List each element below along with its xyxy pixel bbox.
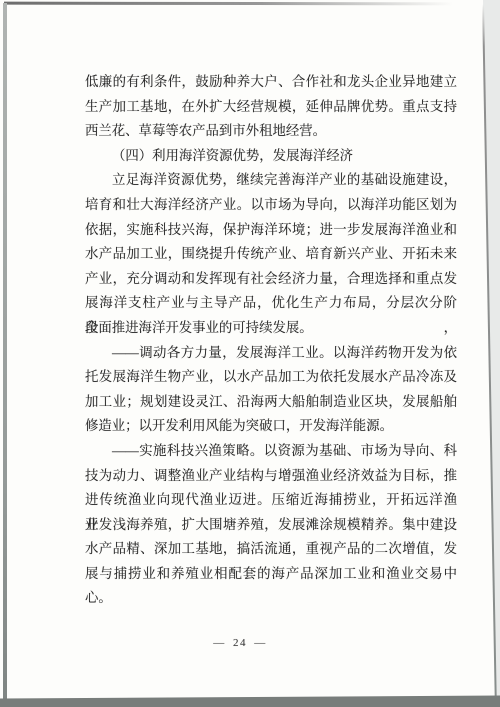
scan-edge-left xyxy=(3,3,7,699)
text-line: ——实施科技兴渔策略。以资源为基础、市场为导向、科 xyxy=(85,439,457,464)
text-line: 低廉的有利条件，鼓励种养大户、合作社和龙头企业异地建立 xyxy=(85,70,457,95)
text-line: （四）利用海洋资源优势，发展海洋经济 xyxy=(85,144,457,169)
text-line: 展与捕捞业和养殖业相配套的海产品深加工业和渔业交易中 xyxy=(85,562,457,587)
page-number: — 24 — xyxy=(0,637,480,649)
text-line: 修造业；以开发利用风能为突破口，开发海洋能源。 xyxy=(85,414,457,439)
text-line: 西兰花、草莓等农产品到市外租地经营。 xyxy=(85,119,457,144)
text-line: 展海洋支柱产业与主导产品，优化生产力布局，分层次分阶段， xyxy=(85,291,457,316)
text-line: 立足海洋资源优势，继续完善海洋产业的基础设施建设， xyxy=(85,168,457,193)
text-line: 水产品加工业，围绕提升传统产业、培育新兴产业、开拓未来 xyxy=(85,242,457,267)
text-line: 托发展海洋生物产业，以水产品加工为依托发展水产品冷冻及 xyxy=(85,365,457,390)
text-line: 培育和壮大海洋经济产业。以市场为导向，以海洋功能区划为 xyxy=(85,193,457,218)
text-line: 技为动力、调整渔业产业结构与增强渔业经济效益为目标，推 xyxy=(85,464,457,489)
text-line: 水产品精、深加工基地，搞活流通，重视产品的二次增值，发 xyxy=(85,537,457,562)
document-body: 低廉的有利条件，鼓励种养大户、合作社和龙头企业异地建立生产加工基地，在外扩大经营… xyxy=(85,70,457,611)
text-line: 依据，实施科技兴海，保护海洋环境；进一步发展海洋渔业和 xyxy=(85,218,457,243)
text-line: 进传统渔业向现代渔业迈进。压缩近海捕捞业，开拓远洋渔业， xyxy=(85,488,457,513)
text-line: 开发浅海养殖，扩大围塘养殖，发展滩涂规模精养。集中建设 xyxy=(85,513,457,538)
text-line: 产业，充分调动和发挥现有社会经济力量，合理选择和重点发 xyxy=(85,267,457,292)
scan-edge-bottom xyxy=(0,695,500,707)
scan-edge-top xyxy=(4,2,472,5)
text-line: 心。 xyxy=(85,586,457,611)
scanned-document-page: 低廉的有利条件，鼓励种养大户、合作社和龙头企业异地建立生产加工基地，在外扩大经营… xyxy=(0,0,500,707)
text-line: 生产加工基地，在外扩大经营规模，延伸品牌优势。重点支持 xyxy=(85,95,457,120)
text-line: 加工业；规划建设灵江、沿海两大船舶制造业区块，发展船舶 xyxy=(85,390,457,415)
text-line: ——调动各方力量，发展海洋工业。以海洋药物开发为依 xyxy=(85,341,457,366)
